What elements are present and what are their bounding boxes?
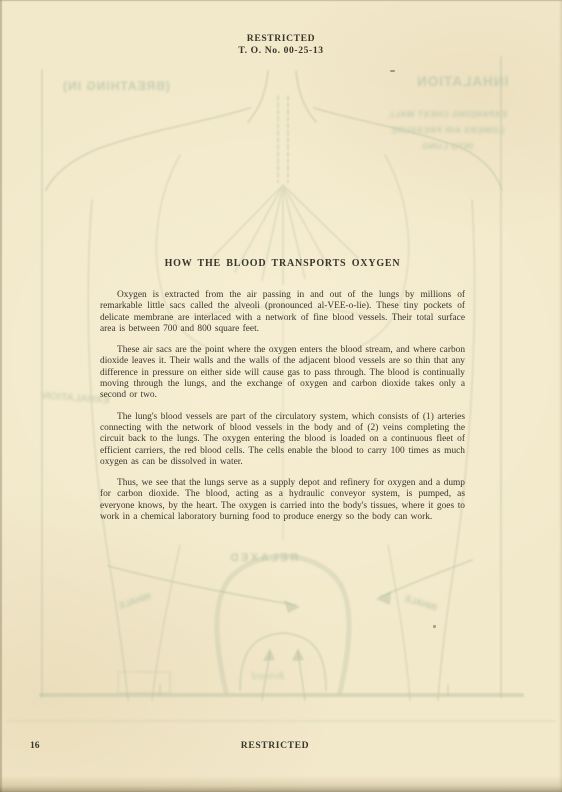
paragraph-2: These air sacs are the point where the o…	[100, 345, 465, 401]
paragraph-3: The lung's blood vessels are part of the…	[100, 412, 465, 468]
bleed-heading-breathing-in: (BREATHING IN)	[62, 79, 170, 93]
bleed-label-left-arrow: INHALE	[117, 591, 152, 611]
bleed-caption-line: LOWERS AIR PRESSURE	[388, 122, 507, 138]
body-text-column: HOW THE BLOOD TRANSPORTS OXYGEN Oxygen i…	[100, 258, 465, 533]
bleed-heading-inhalation: INHALATION	[416, 74, 508, 89]
page-header: RESTRICTED T. O. No. 00-25-13	[0, 33, 562, 56]
bleed-caption-lines: EXPANDING CHEST WALL LOWERS AIR PRESSURE…	[388, 106, 507, 154]
footer-classification: RESTRICTED	[0, 740, 550, 751]
bleed-label-relaxed: RELAXED	[228, 552, 298, 564]
bleed-caption-line: EXPANDING CHEST WALL	[388, 106, 507, 122]
page-bottom-edge-shadow	[0, 776, 562, 792]
bleed-label-bottom-script: Relaxed	[252, 671, 284, 682]
header-order-number: T. O. No. 00-25-13	[0, 45, 562, 57]
section-title: HOW THE BLOOD TRANSPORTS OXYGEN	[100, 258, 465, 269]
scanned-manual-page: INHALATION (BREATHING IN) EXPANDING CHES…	[0, 0, 562, 792]
paragraph-1: Oxygen is extracted from the air passing…	[100, 290, 465, 335]
bleed-right-arrow	[376, 560, 472, 605]
header-classification: RESTRICTED	[0, 33, 562, 45]
bleed-label-right-arrow: INHALE	[403, 593, 438, 613]
scan-speck	[390, 70, 395, 72]
paragraph-4: Thus, we see that the lungs serve as a s…	[100, 478, 465, 523]
scan-speck	[433, 625, 436, 628]
bleed-caption-line: INTO LUNG	[388, 138, 507, 154]
bleed-left-arrow	[108, 566, 300, 613]
bleed-up-arrows	[262, 648, 305, 700]
